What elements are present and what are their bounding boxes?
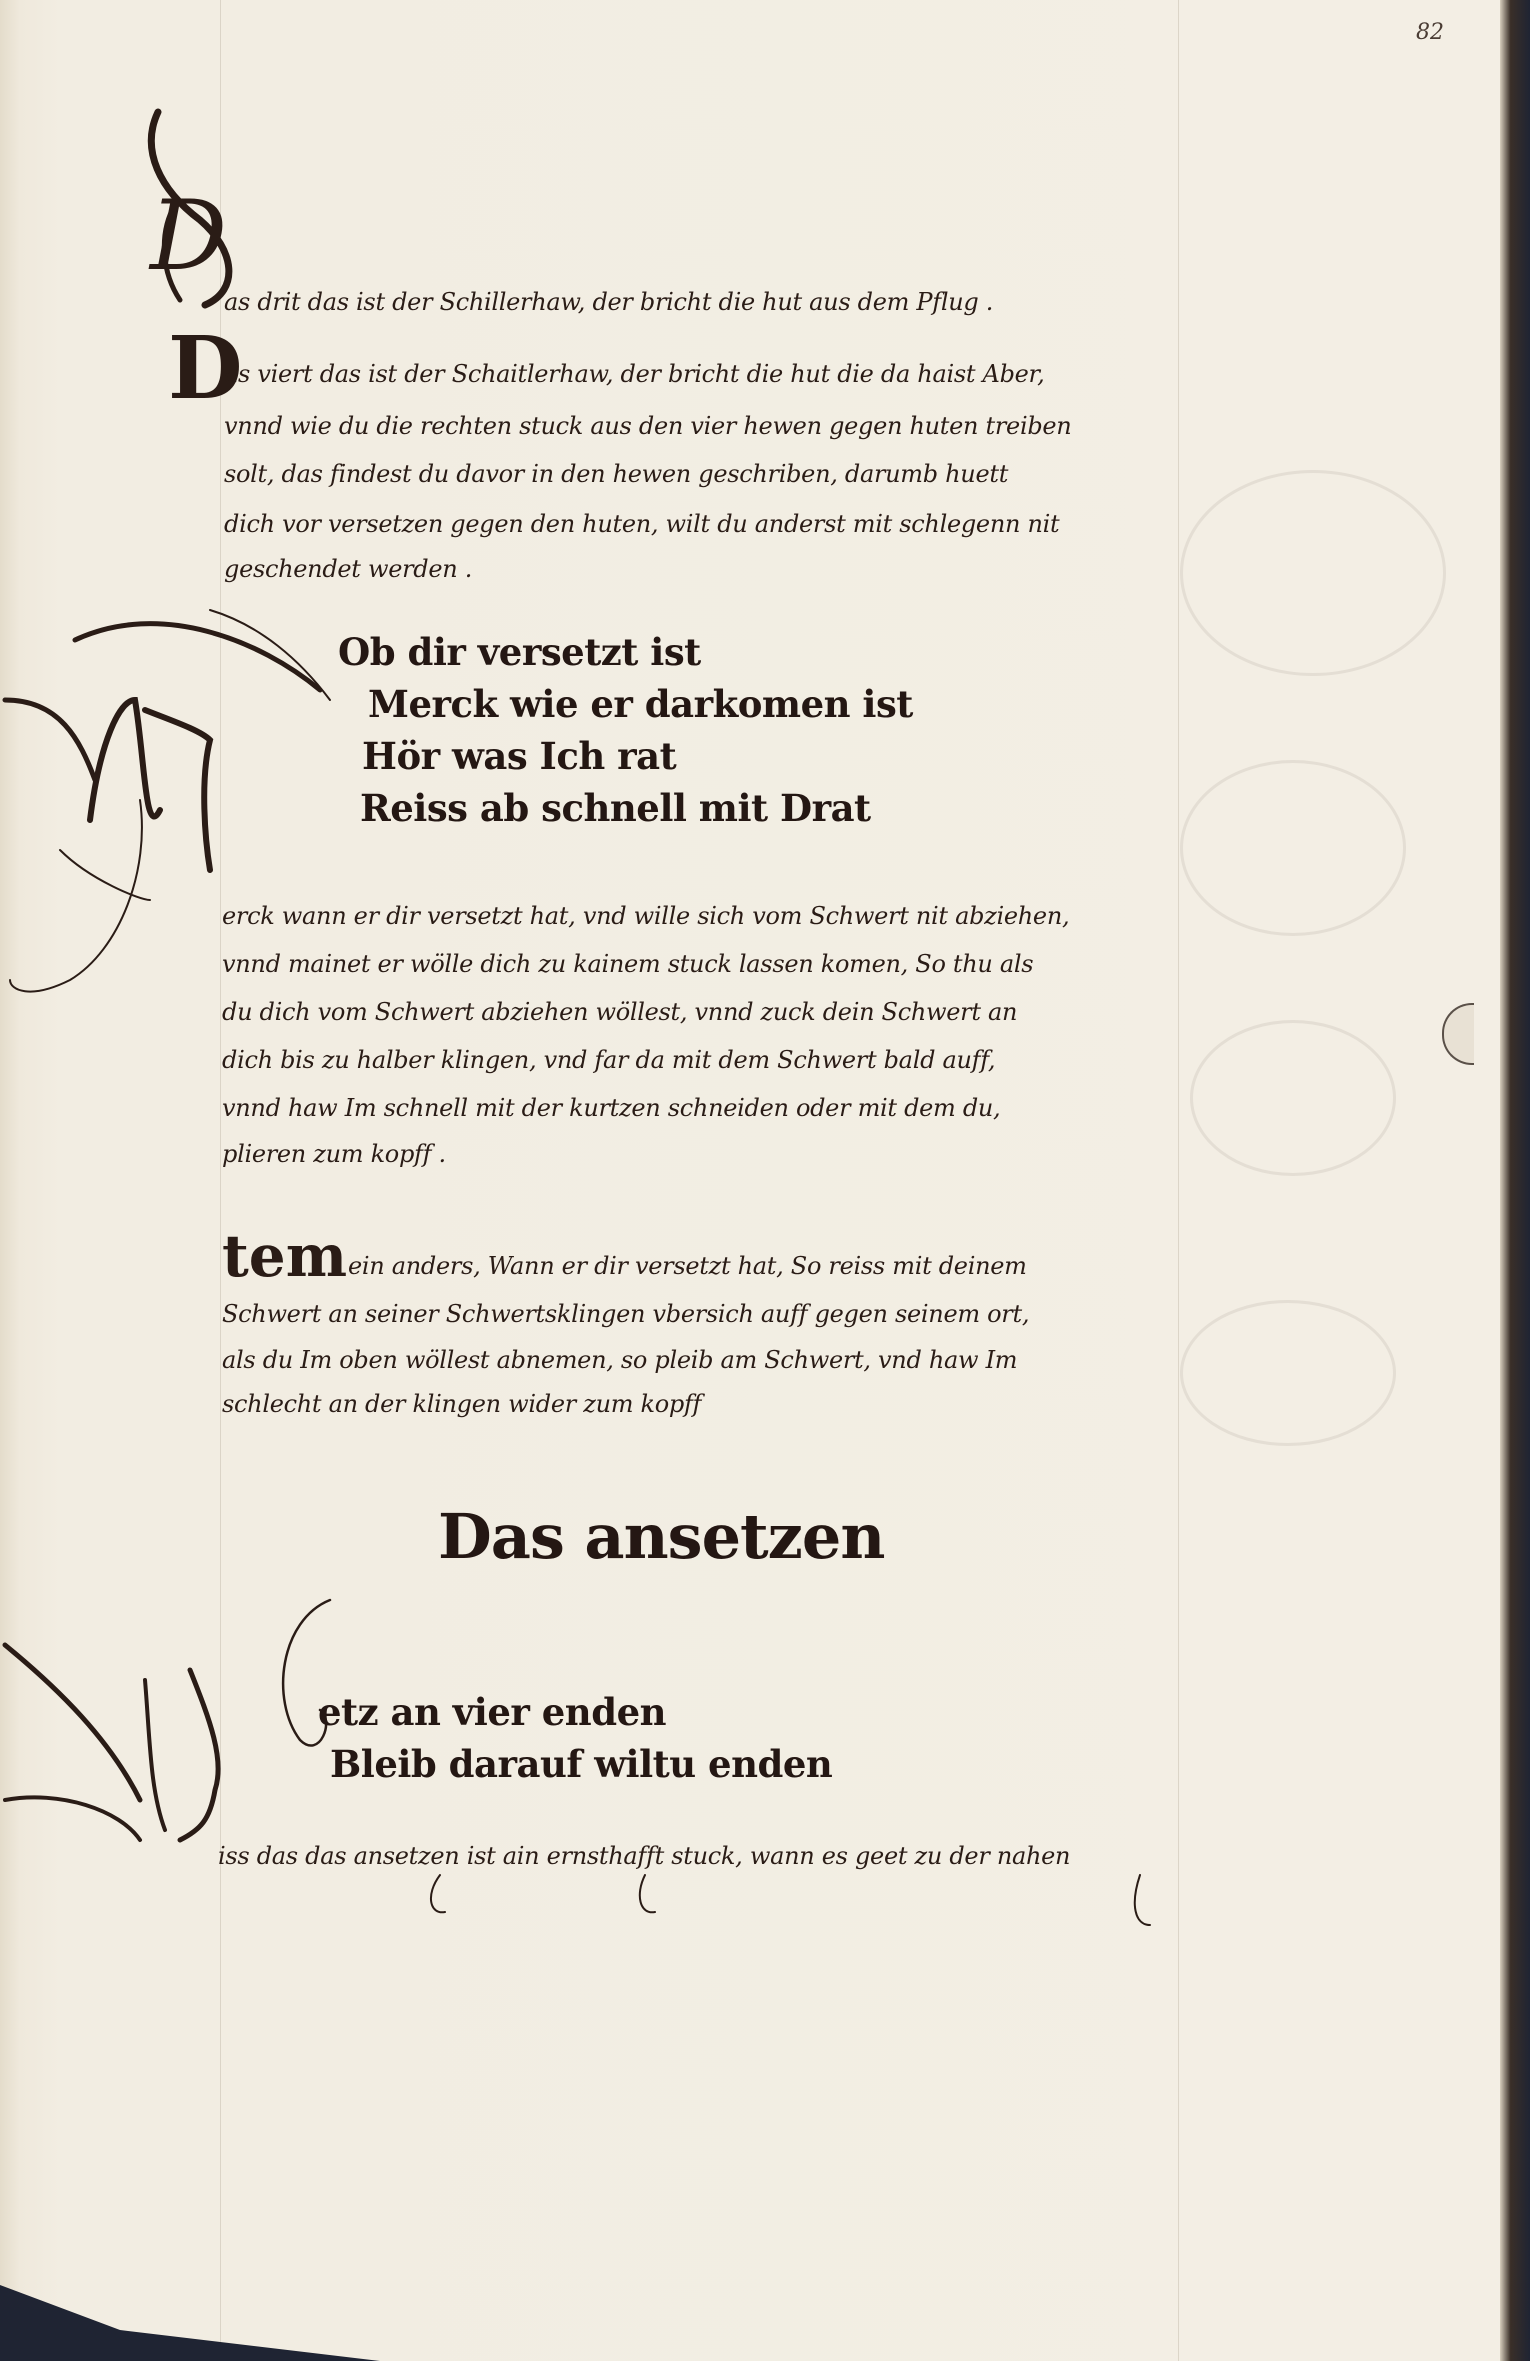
- text-line: ein anders, Wann er dir versetzt hat, So…: [348, 1252, 1027, 1280]
- section-heading: Das ansetzen: [438, 1500, 884, 1573]
- item-initial-word: tem: [222, 1222, 347, 1290]
- text-line: as viert das ist der Schaitlerhaw, der b…: [224, 360, 1044, 388]
- text-line: solt, das findest du davor in den hewen …: [224, 460, 1008, 488]
- decorated-initial-d: D: [150, 180, 227, 292]
- verse-line: Merck wie er darkomen ist: [368, 682, 913, 726]
- verse-line: Hör was Ich rat: [362, 734, 676, 778]
- text-line: as drit das ist der Schillerhaw, der bri…: [224, 288, 993, 316]
- verse-line: Bleib darauf wiltu enden: [330, 1742, 832, 1786]
- text-line: dich bis zu halber klingen, vnd far da m…: [222, 1046, 995, 1074]
- text-line: vnnd wie du die rechten stuck aus den vi…: [224, 412, 1071, 440]
- text-line: als du Im oben wöllest abnemen, so pleib…: [222, 1346, 1017, 1374]
- verse-line: Ob dir versetzt ist: [338, 630, 701, 674]
- text-line: vnnd mainet er wölle dich zu kainem stuc…: [222, 950, 1033, 978]
- text-line: vnnd haw Im schnell mit der kurtzen schn…: [222, 1094, 1000, 1122]
- text-line: dich vor versetzen gegen den huten, wilt…: [224, 510, 1059, 538]
- manuscript-page: 82 D as dri: [0, 0, 1500, 2361]
- text-line: du dich vom Schwert abziehen wöllest, vn…: [222, 998, 1017, 1026]
- verse-line: Reiss ab schnell mit Drat: [360, 786, 871, 830]
- text-line: iss das das ansetzen ist ain ernsthafft …: [218, 1842, 1070, 1870]
- text-line: schlecht an der klingen wider zum kopff: [222, 1390, 701, 1418]
- text-line: erck wann er dir versetzt hat, vnd wille…: [222, 902, 1069, 930]
- verse-line: etz an vier enden: [318, 1690, 666, 1734]
- text-line: plieren zum kopff .: [222, 1140, 446, 1168]
- text-line: Schwert an seiner Schwertsklingen vbersi…: [222, 1300, 1029, 1328]
- text-line: geschendet werden .: [224, 555, 472, 583]
- book-edge: [1500, 0, 1530, 2361]
